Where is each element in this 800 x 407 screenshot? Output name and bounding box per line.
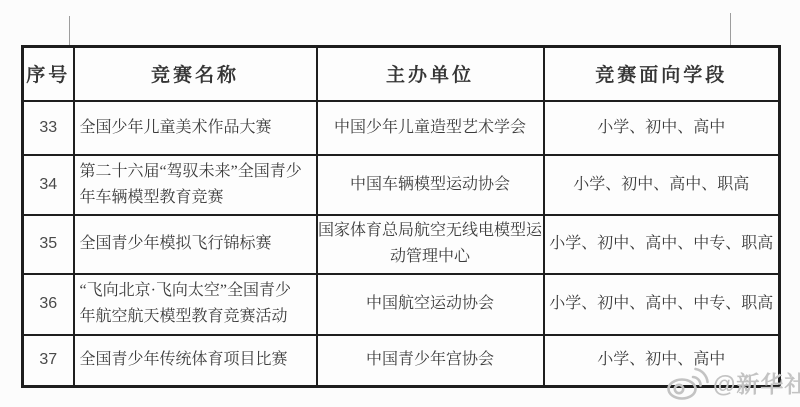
cell-organizer: 中国青少年宫协会 [317, 335, 544, 387]
cell-serial: 34 [23, 155, 74, 215]
header-serial: 序号 [23, 47, 74, 101]
competition-table: 序号 竞赛名称 主办单位 竞赛面向学段 33 全国少年儿童美术作品大赛 中国少年… [21, 45, 781, 388]
table-row: 34 第二十六届“驾驭未来”全国青少 年车辆模型教育竞赛 中国车辆模型运动协会 … [23, 155, 780, 215]
table-row: 35 全国青少年模拟飞行锦标赛 国家体育总局航空无线电模型运 动管理中心 小学、… [23, 215, 780, 274]
ruler-mark-right [730, 13, 731, 45]
cell-competition-name: “飞向北京·飞向太空”全国青少 年航空航天模型教育竞赛活动 [74, 274, 317, 335]
table-header-row: 序号 竞赛名称 主办单位 竞赛面向学段 [23, 47, 780, 101]
cell-serial: 37 [23, 335, 74, 387]
cell-competition-name: 第二十六届“驾驭未来”全国青少 年车辆模型教育竞赛 [74, 155, 317, 215]
watermark-handle: @新华社 [713, 366, 800, 399]
cell-stages: 小学、初中、高中、中专、职高 [544, 215, 780, 274]
cell-serial: 33 [23, 101, 74, 155]
weibo-icon [666, 362, 710, 402]
cell-stages: 小学、初中、高中、职高 [544, 155, 780, 215]
cell-stages: 小学、初中、高中 [544, 101, 780, 155]
document-page: 序号 竞赛名称 主办单位 竞赛面向学段 33 全国少年儿童美术作品大赛 中国少年… [0, 0, 800, 407]
cell-competition-name: 全国少年儿童美术作品大赛 [74, 101, 317, 155]
cell-competition-name: 全国青少年模拟飞行锦标赛 [74, 215, 317, 274]
table-row: 33 全国少年儿童美术作品大赛 中国少年儿童造型艺术学会 小学、初中、高中 [23, 101, 780, 155]
ruler-mark-left [69, 16, 70, 45]
cell-serial: 35 [23, 215, 74, 274]
header-school-stage: 竞赛面向学段 [544, 47, 780, 101]
cell-organizer: 中国车辆模型运动协会 [317, 155, 544, 215]
cell-organizer: 国家体育总局航空无线电模型运 动管理中心 [317, 215, 544, 274]
cell-competition-name: 全国青少年传统体育项目比赛 [74, 335, 317, 387]
cell-organizer: 中国少年儿童造型艺术学会 [317, 101, 544, 155]
cell-organizer: 中国航空运动协会 [317, 274, 544, 335]
cell-stages: 小学、初中、高中、中专、职高 [544, 274, 780, 335]
header-organizer: 主办单位 [317, 47, 544, 101]
header-competition-name: 竞赛名称 [74, 47, 317, 101]
cell-serial: 36 [23, 274, 74, 335]
watermark: @新华社 [666, 362, 800, 402]
table-row: 36 “飞向北京·飞向太空”全国青少 年航空航天模型教育竞赛活动 中国航空运动协… [23, 274, 780, 335]
